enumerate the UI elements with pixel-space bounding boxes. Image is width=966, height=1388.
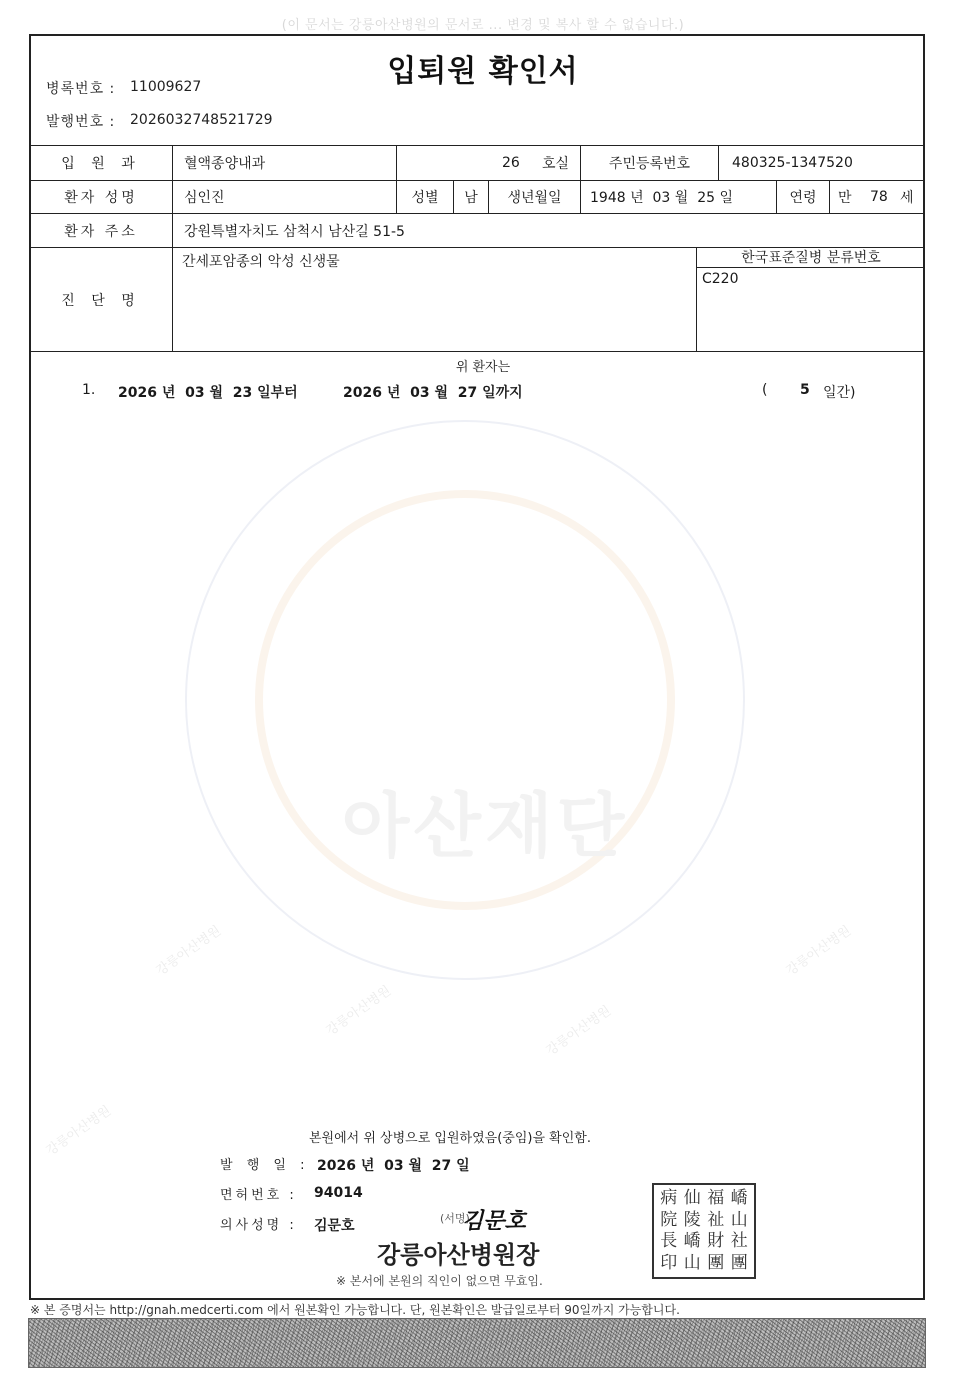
doctor-label: 의사성명 : bbox=[220, 1214, 297, 1233]
period-to: 2026 년 03 월 27 일까지 bbox=[343, 382, 523, 402]
age-prefix: 만 bbox=[838, 181, 852, 213]
kcd-label: 한국표준질병 분류번호 bbox=[697, 247, 925, 267]
watermark-seal-text: 아산재단 bbox=[335, 770, 635, 871]
seal-char: 病 bbox=[657, 1188, 681, 1210]
seal-char: 祉 bbox=[704, 1210, 728, 1232]
table-border-bottom bbox=[30, 351, 925, 352]
copy-protection-notice: (이 문서는 강릉아산병원의 문서로 ... 변경 및 복사 할 수 없습니다.… bbox=[0, 14, 966, 33]
license-label: 면허번호 : bbox=[220, 1184, 297, 1203]
age-unit: 세 bbox=[900, 181, 914, 213]
confirmation-statement: 본원에서 위 상병으로 입원하였음(중임)을 확인함. bbox=[309, 1127, 591, 1146]
room-unit: 호실 bbox=[542, 146, 569, 180]
seal-char: 團 bbox=[728, 1253, 752, 1275]
duration-days: 5 bbox=[800, 382, 810, 398]
chart-number-label: 병록번호 : bbox=[46, 78, 115, 98]
patient-name-label: 환자 성명 bbox=[64, 187, 138, 207]
seal-char: 仙 bbox=[681, 1188, 705, 1210]
official-seal-icon: 病 仙 福 嶠 院 陵 祉 山 長 嶠 財 社 印 山 團 團 bbox=[652, 1183, 756, 1279]
seal-char: 長 bbox=[657, 1231, 681, 1253]
seal-validity-note: ※ 본서에 본원의 직인이 없으면 무효임. bbox=[336, 1272, 543, 1289]
rrn-label: 주민등록번호 bbox=[581, 146, 718, 180]
period-from: 2026 년 03 월 23 일부터 bbox=[118, 382, 298, 402]
issue-number-label: 발행번호 : bbox=[46, 111, 115, 131]
duration-unit: 일간) bbox=[823, 382, 856, 402]
age-value: 78 bbox=[870, 181, 888, 213]
patient-name: 심인진 bbox=[184, 181, 225, 213]
table-col-line bbox=[172, 145, 173, 351]
issue-date: 2026 년 03 월 27 일 bbox=[317, 1155, 470, 1175]
doctor-signature: 김문호 bbox=[462, 1204, 526, 1235]
seal-char: 山 bbox=[681, 1253, 705, 1275]
chart-number: 11009627 bbox=[130, 79, 201, 95]
address-value: 강원특별자치도 삼척시 남산길 51-5 bbox=[184, 214, 405, 247]
issue-number: 2026032748521729 bbox=[130, 112, 273, 128]
seal-char: 社 bbox=[728, 1231, 752, 1253]
verification-note: ※ 본 증명서는 http://gnah.medcerti.com 에서 원본확… bbox=[30, 1301, 680, 1318]
address-label: 환자 주소 bbox=[64, 221, 138, 241]
admission-heading: 위 환자는 bbox=[0, 356, 966, 375]
kcd-code: C220 bbox=[702, 269, 739, 289]
period-index: 1. bbox=[82, 382, 95, 398]
department-value: 혈액종양내과 bbox=[184, 146, 265, 180]
department-label: 입 원 과 bbox=[61, 153, 140, 173]
seal-char: 團 bbox=[704, 1253, 728, 1275]
issue-date-label: 발 행 일 : bbox=[220, 1154, 309, 1173]
license-number: 94014 bbox=[314, 1185, 363, 1201]
sex-value: 남 bbox=[454, 181, 488, 213]
doctor-name: 김문호 bbox=[314, 1215, 355, 1235]
table-col-line bbox=[718, 145, 719, 180]
seal-char: 福 bbox=[704, 1188, 728, 1210]
duration-open: ( bbox=[762, 382, 767, 398]
birth-date: 1948 년 03 월 25 일 bbox=[590, 181, 733, 213]
seal-char: 印 bbox=[657, 1253, 681, 1275]
seal-char: 山 bbox=[728, 1210, 752, 1232]
hospital-head-title: 강릉아산병원장 bbox=[377, 1235, 539, 1270]
sex-label: 성별 bbox=[397, 181, 453, 213]
kcd-header-line bbox=[696, 267, 925, 268]
seal-char: 院 bbox=[657, 1210, 681, 1232]
seal-char: 嶠 bbox=[728, 1188, 752, 1210]
age-label: 연령 bbox=[777, 181, 829, 213]
rrn-value: 480325-1347520 bbox=[732, 146, 853, 180]
seal-char: 陵 bbox=[681, 1210, 705, 1232]
birth-label: 생년월일 bbox=[489, 181, 580, 213]
anti-copy-noise-band bbox=[28, 1318, 926, 1368]
seal-char: 財 bbox=[704, 1231, 728, 1253]
seal-char: 嶠 bbox=[681, 1231, 705, 1253]
table-col-line bbox=[829, 180, 830, 213]
diagnosis-value: 간세포암종의 악성 신생물 bbox=[182, 251, 340, 271]
diagnosis-label: 진 단 명 bbox=[61, 290, 140, 310]
room-number: 26 bbox=[502, 146, 520, 180]
